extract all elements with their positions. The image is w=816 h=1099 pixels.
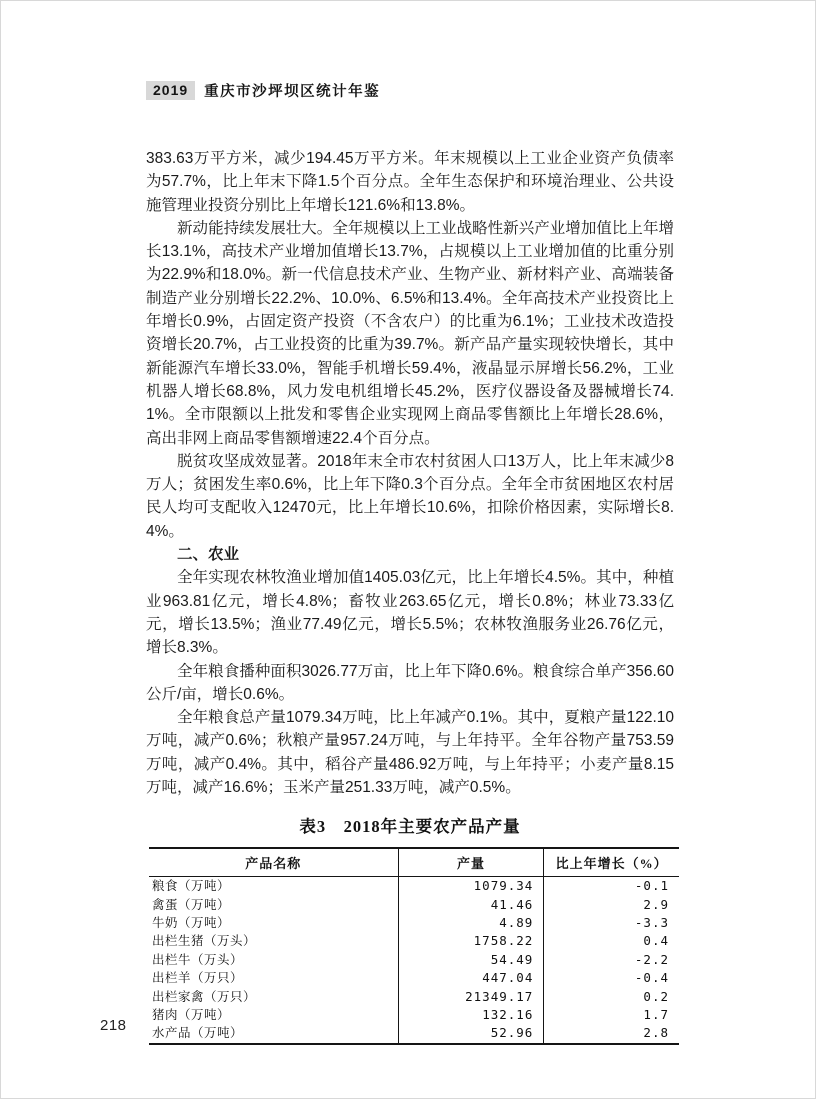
output-cell: 132.16: [398, 1006, 544, 1024]
product-name-cell: 禽蛋（万吨）: [149, 896, 398, 914]
paragraph: 全年实现农林牧渔业增加值1405.03亿元，比上年增长4.5%。其中，种植业96…: [146, 566, 674, 659]
col-header-growth: 比上年增长（%）: [544, 848, 679, 877]
paragraph: 新动能持续发展壮大。全年规模以上工业战略性新兴产业增加值比上年增长13.1%，高…: [146, 217, 674, 450]
table-row: 出栏生猪（万头）1758.220.4: [149, 932, 679, 950]
table-title: 表3 2018年主要农产品产量: [146, 813, 674, 837]
output-cell: 54.49: [398, 951, 544, 969]
agricultural-products-table: 产品名称 产量 比上年增长（%） 粮食（万吨）1079.34-0.1禽蛋（万吨）…: [149, 847, 679, 1045]
page-number: 218: [100, 1017, 127, 1034]
section-heading: 二、农业: [146, 543, 674, 566]
table-row: 出栏牛（万头）54.49-2.2: [149, 951, 679, 969]
year-badge: 2019: [146, 81, 195, 100]
growth-cell: 2.9: [544, 896, 679, 914]
table-row: 禽蛋（万吨）41.462.9: [149, 896, 679, 914]
table-row: 出栏家禽（万只）21349.170.2: [149, 988, 679, 1006]
product-name-cell: 牛奶（万吨）: [149, 914, 398, 932]
product-name-cell: 出栏生猪（万头）: [149, 932, 398, 950]
doc-title: 重庆市沙坪坝区统计年鉴: [204, 80, 380, 101]
product-name-cell: 出栏牛（万头）: [149, 951, 398, 969]
paragraph: 383.63万平方米，减少194.45万平方米。年末规模以上工业企业资产负债率为…: [146, 147, 674, 217]
table-row: 出栏羊（万只）447.04-0.4: [149, 969, 679, 987]
growth-cell: -2.2: [544, 951, 679, 969]
output-cell: 21349.17: [398, 988, 544, 1006]
product-name-cell: 粮食（万吨）: [149, 877, 398, 896]
output-cell: 52.96: [398, 1024, 544, 1043]
content-column: 383.63万平方米，减少194.45万平方米。年末规模以上工业企业资产负债率为…: [146, 147, 674, 1045]
table-row: 粮食（万吨）1079.34-0.1: [149, 877, 679, 896]
paragraphs: 383.63万平方米，减少194.45万平方米。年末规模以上工业企业资产负债率为…: [146, 147, 674, 799]
paragraph: 全年粮食总产量1079.34万吨，比上年减产0.1%。其中，夏粮产量122.10…: [146, 706, 674, 799]
table-row: 水产品（万吨）52.962.8: [149, 1024, 679, 1043]
growth-cell: -3.3: [544, 914, 679, 932]
product-name-cell: 出栏家禽（万只）: [149, 988, 398, 1006]
growth-cell: 1.7: [544, 1006, 679, 1024]
col-header-output: 产量: [398, 848, 544, 877]
table-row: 牛奶（万吨）4.89-3.3: [149, 914, 679, 932]
growth-cell: -0.1: [544, 877, 679, 896]
table-row: 猪肉（万吨）132.161.7: [149, 1006, 679, 1024]
output-cell: 41.46: [398, 896, 544, 914]
yearbook-page: 2019 重庆市沙坪坝区统计年鉴 383.63万平方米，减少194.45万平方米…: [0, 0, 816, 1099]
table-body: 粮食（万吨）1079.34-0.1禽蛋（万吨）41.462.9牛奶（万吨）4.8…: [149, 877, 679, 1044]
product-name-cell: 水产品（万吨）: [149, 1024, 398, 1043]
growth-cell: 0.2: [544, 988, 679, 1006]
growth-cell: 2.8: [544, 1024, 679, 1043]
output-cell: 4.89: [398, 914, 544, 932]
product-name-cell: 出栏羊（万只）: [149, 969, 398, 987]
output-cell: 447.04: [398, 969, 544, 987]
paragraph: 脱贫攻坚成效显著。2018年末全市农村贫困人口13万人，比上年末减少8万人；贫困…: [146, 450, 674, 543]
col-header-product-name: 产品名称: [149, 848, 398, 877]
output-cell: 1758.22: [398, 932, 544, 950]
paragraph: 全年粮食播种面积3026.77万亩，比上年下降0.6%。粮食综合单产356.60…: [146, 660, 674, 707]
table-header-row: 产品名称 产量 比上年增长（%）: [149, 848, 679, 877]
growth-cell: -0.4: [544, 969, 679, 987]
product-name-cell: 猪肉（万吨）: [149, 1006, 398, 1024]
output-cell: 1079.34: [398, 877, 544, 896]
growth-cell: 0.4: [544, 932, 679, 950]
running-head: 2019 重庆市沙坪坝区统计年鉴: [146, 80, 380, 101]
